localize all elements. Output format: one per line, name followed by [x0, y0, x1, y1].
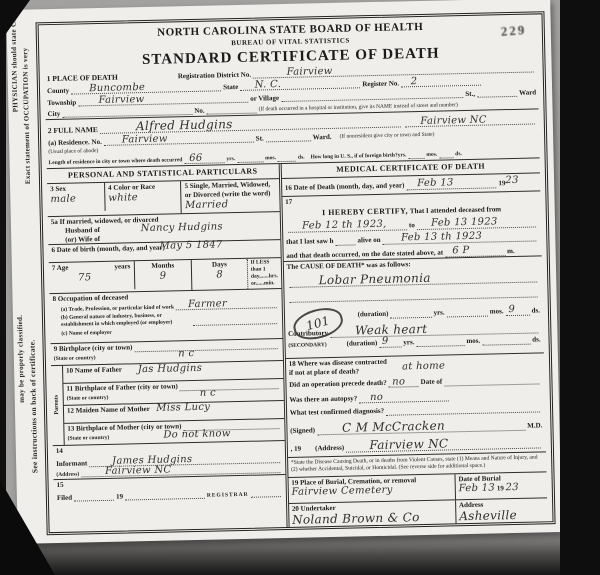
age-years-label: years [114, 262, 130, 271]
informant-address-value: Fairview NC [105, 464, 172, 478]
birthplace-value: n c [178, 348, 194, 361]
length-mos-label: mos. [265, 155, 276, 162]
age-years-value: 75 [78, 272, 92, 283]
st-ward-label-ward: Ward [519, 88, 536, 97]
secondary-label: (SECONDARY) [288, 342, 326, 350]
birthplace-label: 9 Birthplace (city or town) [54, 343, 133, 353]
informant-row: 14 Informant James Hudgins (Address) Fai… [53, 441, 285, 480]
scan-right-edge [560, 0, 600, 575]
burial-value: Fairview Cemetery [291, 485, 392, 498]
marital-label: 5 Single, Married, Widowed, or Divorced … [185, 180, 271, 199]
certify-num: 17 [285, 198, 292, 206]
certify-rest: That I attended deceased from [410, 205, 501, 215]
husband-of-label: Husband of [65, 226, 100, 235]
test-label: What test confirmed diagnosis? [290, 407, 384, 418]
duration1-mos: mos. [490, 307, 504, 316]
age-less-than-label: If LESS than 1 day,......hrs. or......mi… [251, 259, 278, 286]
duration2-ds: ds. [532, 336, 541, 345]
mother-bp-value: Do not know [163, 428, 231, 442]
hour-value: 6 P [452, 245, 469, 258]
father-label: 10 Name of Father [66, 365, 122, 374]
industry-label: (b) General nature of industry, business… [61, 312, 191, 329]
state-value: N. C. [255, 79, 282, 92]
mother-value: Miss Lucy [156, 401, 210, 415]
township-value: Fairview [98, 94, 144, 107]
cause-code-value: 101 [304, 314, 331, 334]
age-label: 7 Age [52, 264, 69, 272]
margin-note-classified: may be properly classified. [16, 315, 26, 403]
dod-label: 16 Date of Death (month, day, and year) [285, 181, 405, 192]
date-of-label: Date of [421, 378, 443, 387]
foreign-birth-label: How long in U. S., if of foreign birth? [310, 153, 397, 162]
sex-race-marital-row: 3 Sex male 4 Color or Race white 5 Singl… [47, 179, 279, 217]
duration1-value: 9 [508, 304, 515, 317]
contributory-value: Weak heart [355, 322, 428, 339]
contracted-value: at home [402, 361, 445, 374]
nonresident-value: Fairview NC [420, 114, 487, 128]
certificate-form: 229 NORTH CAROLINA STATE BOARD OF HEALTH… [36, 11, 556, 535]
operation-value: no [392, 376, 405, 389]
parents-block: Parents 10 Name of Father Jas Hudgins 11… [51, 361, 284, 446]
abode-note: (Usual place of abode) [48, 148, 98, 156]
filed-19: 19 [116, 492, 123, 501]
margin-note-occupation: Exact statement of OCCUPATION is very [21, 48, 32, 185]
parents-label: Parents [53, 395, 61, 415]
age-months-value: 9 [160, 270, 167, 281]
scanned-death-certificate: { "colors": {"paper":"#f0eeea","ink":"#1… [0, 0, 600, 575]
m-label: m. [507, 247, 515, 256]
dob-label: 6 Date of birth (month, day, and year) [51, 244, 165, 254]
undertaker-value: Noland Brown & Co [292, 511, 420, 528]
township-label: Township [47, 98, 76, 107]
undertaker-address-value: Asheville [459, 508, 517, 523]
foreign-mos-label: mos. [426, 152, 437, 159]
residence-label: (a) Residence. No. [48, 137, 102, 147]
informant-address-label: (Address) [56, 471, 79, 478]
physician-address-value: Fairview NC [369, 437, 448, 454]
occupation-label: 8 Occupation of deceased [52, 293, 128, 303]
foreign-yrs-label: yrs. [398, 153, 407, 160]
age-days-label: Days [212, 260, 227, 268]
duration1-label: (duration) [358, 310, 389, 319]
length-yrs-label: yrs. [226, 156, 235, 163]
cause-head: The CAUSE OF DEATH* was as follows: [287, 260, 411, 271]
alive-on-label: alive on [357, 236, 380, 245]
dob-value: May 5 1847 [160, 239, 223, 253]
register-no-value: 2 [411, 76, 418, 89]
duration2-mos: mos. [466, 337, 480, 346]
residence-ward-label: Ward. [313, 132, 332, 141]
operation-label: Did an operation precede death? [289, 379, 387, 390]
or-village-label: or Village [250, 94, 279, 103]
st-ward-label-st: St., [465, 89, 475, 98]
dod-year: 23 [505, 175, 519, 188]
cause-of-death-block: The CAUSE OF DEATH* was as follows: Loba… [284, 256, 544, 359]
registration-district-label: Registration District No. [178, 70, 251, 80]
attended-to-value: Feb 13 1923 [431, 217, 498, 231]
sex-label: 3 Sex [50, 185, 66, 193]
city-label: City [47, 109, 60, 118]
burial-19: 19 [497, 485, 504, 493]
residence-value: Fairview [122, 133, 168, 146]
informant-num: 14 [56, 446, 63, 454]
filed-label: Filed [57, 493, 72, 502]
burial-year: 23 [505, 482, 519, 493]
sex-value: male [50, 193, 76, 205]
personal-column: PERSONAL AND STATISTICAL PARTICULARS 3 S… [47, 164, 290, 534]
race-label: 4 Color or Race [108, 183, 155, 192]
employer-label: (c) Name of employer [61, 330, 112, 338]
medical-column: MEDICAL CERTIFICATE OF DEATH 16 Date of … [281, 159, 547, 530]
county-label: County [47, 86, 69, 95]
margin-note-instructions: See instructions on back of certificate. [27, 339, 39, 473]
autopsy-label: Was there an autopsy? [289, 395, 357, 405]
filed-num: 15 [57, 480, 64, 488]
age-months-label: Months [151, 262, 174, 270]
father-value: Jas Hudgins [138, 362, 203, 376]
undertaker-label: 20 Undertaker [292, 504, 336, 513]
certificate-number-stamp: 229 [500, 22, 527, 40]
autopsy-value: no [370, 391, 383, 404]
duration2-value: 9 [382, 336, 389, 349]
burial-date-label: Date of Burial [458, 474, 501, 483]
registration-district-value: Fairview [287, 66, 333, 79]
marital-value: Married [185, 199, 229, 211]
length-of-residence-value: 66 [189, 152, 203, 165]
signed-label: (Signed) [290, 427, 315, 436]
age-days-value: 8 [216, 269, 223, 280]
registrar-label: REGISTRAR [207, 491, 249, 499]
physician-address-label: (Address) [315, 444, 344, 453]
last-saw-value: Feb 13 th 1923 [401, 231, 482, 245]
contracted-label: 18 Where was disease contracted [289, 358, 387, 368]
race-value: white [108, 192, 138, 204]
birthplace-state-label: (State or country) [54, 355, 96, 362]
last-saw-label: that I last saw h [286, 237, 334, 247]
signed-value: C M McCracken [342, 419, 445, 436]
to-label: to [409, 221, 415, 230]
addr-19: , 19 [291, 445, 302, 454]
filed-row: 15 Filed 19 REGISTRAR [53, 475, 286, 535]
occupation-row: 8 Occupation of deceased (a) Trade, Prof… [49, 289, 282, 344]
mother-bp-state-label: (State or country) [68, 434, 110, 441]
father-bp-value: n c [200, 387, 216, 400]
dod-value: Feb 13 [417, 177, 454, 190]
full-name-label: 2 FULL NAME [48, 125, 98, 135]
spouse-value: Nancy Hudgins [141, 221, 223, 235]
md-label: M.D. [527, 422, 542, 431]
duration2-yrs: yrs. [403, 338, 414, 347]
burial-date-value: Feb 13 [459, 483, 496, 495]
nonresident-note: (If nonresident give city or town and St… [340, 132, 435, 141]
full-name-value: Alfred Hudgins [136, 117, 233, 134]
duration1-ds: ds. [531, 307, 540, 316]
foreign-ds-label: ds. [455, 151, 462, 158]
cause-value: Lobar Pneumonia [319, 271, 431, 288]
certify-bold: I HEREBY CERTIFY, [322, 206, 408, 217]
duration1-yrs: yrs. [433, 309, 444, 318]
father-bp-label: 11 Birthplace of Father (city or town) [66, 382, 178, 393]
trade-value: Farmer [188, 298, 227, 311]
contracted-label2: if not at place of death? [289, 367, 359, 377]
undertaker-row: 20 Undertaker Noland Brown & Co Address … [289, 498, 548, 529]
wife-of-label: (or) Wife of [65, 235, 100, 244]
father-bp-state-label: (State or country) [67, 394, 109, 401]
undertaker-address-label: Address [459, 500, 484, 509]
age-row: 7 Age years 75 Months 9 Days 8 If LESS t… [49, 258, 281, 294]
residence-st-label: St. [256, 134, 264, 143]
certificate-paper: PHYSICIAN should state CAUSE Exact state… [6, 0, 562, 544]
register-no-label: Register No. [362, 79, 399, 89]
state-label: State [223, 82, 238, 91]
street-no-label: No. [194, 106, 205, 115]
certify-block: 17 I HEREBY CERTIFY, That I attended dec… [282, 192, 542, 263]
mother-label: 12 Maiden Name of Mother [67, 405, 150, 415]
attended-from-value: Feb 12 th 1923, [302, 219, 387, 233]
duration2-label: (duration) [347, 339, 378, 348]
length-ds-label: ds. [298, 155, 305, 162]
columns: PERSONAL AND STATISTICAL PARTICULARS 3 S… [47, 159, 548, 535]
